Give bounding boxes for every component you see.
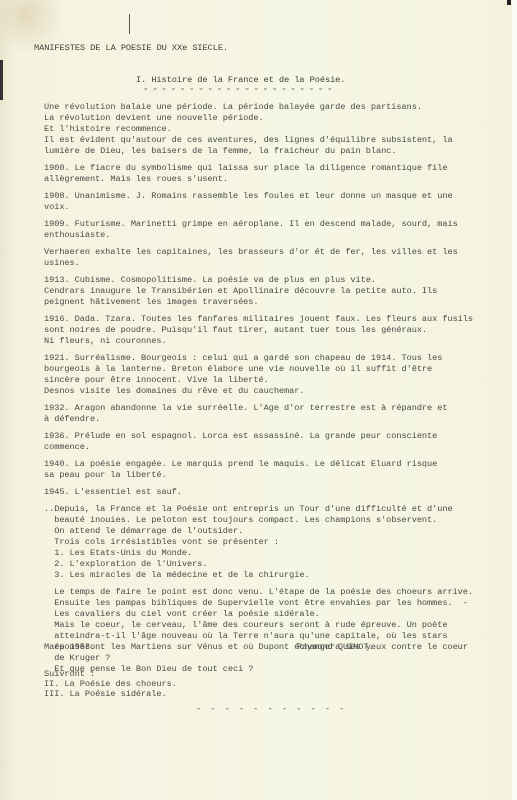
paragraph: 1936. Prélude en sol espagnol. Lorca est… (44, 431, 473, 453)
text-line: Les cavaliers du ciel vont créer la poés… (44, 609, 473, 620)
text-line: commence. (44, 442, 473, 453)
main-title: MANIFESTES DE LA POESIE DU XXe SIECLE. (34, 43, 228, 54)
text-line: 2. L'exploration de l'Univers. (44, 559, 473, 570)
text-line: Verhaeren exhalte les capitaines, les br… (44, 247, 473, 258)
text-line: On attend le démarrage de l'outsider. (44, 526, 473, 537)
text-line: 1. Les Etats-Unis du Monde. (44, 548, 473, 559)
paragraph: 1913. Cubisme. Cosmopolitisme. La poésie… (44, 275, 473, 308)
text-line: Desnos visite les domaines du rêve et du… (44, 386, 473, 397)
author-signature: Raymond QUINOT. (297, 642, 374, 653)
paragraph: 1940. La poésie engagée. Le marquis pren… (44, 459, 473, 481)
text-line: 1940. La poésie engagée. Le marquis pren… (44, 459, 473, 470)
paragraph: 1945. L'essentiel est sauf. (44, 487, 473, 498)
text-line: voix. (44, 202, 473, 213)
paragraph: 1900. Le fiacre du symbolisme qui laissa… (44, 163, 473, 185)
text-line: 1900. Le fiacre du symbolisme qui laissa… (44, 163, 473, 174)
text-line: de Kruger ? (44, 653, 473, 664)
text-line: beauté inouies. Le peloton est toujours … (44, 515, 473, 526)
text-line: 1945. L'essentiel est sauf. (44, 487, 473, 498)
text-line: Trois cols irrésistibles vont se présent… (44, 537, 473, 548)
page-edge (512, 0, 517, 800)
text-line: sincère pour être innocent. Vive la libe… (44, 375, 473, 386)
text-line: 1936. Prélude en sol espagnol. Lorca est… (44, 431, 473, 442)
text-line: allègrement. Mais les roues s'usent. (44, 174, 473, 185)
following-item-3: III. La Poésie sidérale. (44, 689, 167, 700)
text-line: bourgeois à la lanterne. Breton élabore … (44, 364, 473, 375)
text-line: Il est évident qu'autour de ces aventure… (44, 135, 473, 146)
text-line: peignent hâtivement les images traversée… (44, 297, 473, 308)
text-line: Mais le coeur, le cerveau, l'âme des cou… (44, 620, 473, 631)
binding-shadow (0, 60, 3, 100)
paragraph: Verhaeren exhalte les capitaines, les br… (44, 247, 473, 269)
pencil-tick-mark (129, 14, 130, 34)
text-line: lumière de Dieu, les baisers de la femme… (44, 146, 473, 157)
section-title-underline: = = = = = = = = = = = = = = = = = = = = … (144, 84, 333, 95)
text-line: Et l'histoire recommence. (44, 124, 473, 135)
text-line: Une révolution balaie une période. La pé… (44, 102, 473, 113)
text-line: 1916. Dada. Tzara. Toutes les fanfares m… (44, 314, 473, 325)
text-line: Le temps de faire le point est donc venu… (44, 587, 473, 598)
text-line: 1913. Cubisme. Cosmopolitisme. La poésie… (44, 275, 473, 286)
paragraph: Une révolution balaie une période. La pé… (44, 102, 473, 157)
paragraph: 1909. Futurisme. Marinetti grimpe en aér… (44, 219, 473, 241)
text-line: Ni fleurs, ni couronnes. (44, 336, 473, 347)
text-line: sa peau pour la liberté. (44, 470, 473, 481)
text-line: La révolution devient une nouvelle pério… (44, 113, 473, 124)
scan-corner-mark (507, 0, 511, 5)
paragraph: 1921. Surréalisme. Bourgeois : celui qui… (44, 353, 473, 397)
paragraph: 1908. Unanimisme. J. Romains rassemble l… (44, 191, 473, 213)
paragraph: 1916. Dada. Tzara. Toutes les fanfares m… (44, 314, 473, 347)
text-line: ..Depuis, la France et la Poésie ont ent… (44, 504, 473, 515)
scanned-page: MANIFESTES DE LA POESIE DU XXe SIECLE. I… (0, 0, 512, 800)
text-line: Et que pense le Bon Dieu de tout ceci ? (44, 664, 473, 675)
paragraph: Le temps de faire le point est donc venu… (44, 587, 473, 675)
text-line: 1909. Futurisme. Marinetti grimpe en aér… (44, 219, 473, 230)
text-line: enthousiaste. (44, 230, 473, 241)
date: Mars 1953. (44, 642, 95, 653)
text-line: 3. Les miracles de la médecine et de la … (44, 570, 473, 581)
text-line: atteindra-t-il l'âge nouveau où la Terre… (44, 631, 473, 642)
text-line: à défendre. (44, 414, 473, 425)
text-line: 1908. Unanimisme. J. Romains rassemble l… (44, 191, 473, 202)
end-rule: - - - - - - - - - - - (196, 704, 346, 715)
text-line: Ensuite les pampas bibliques de Supervie… (44, 598, 473, 609)
text-line: épouseront les Martiens sur Vénus et où … (44, 642, 473, 653)
text-line: usines. (44, 258, 473, 269)
text-line: Cendrars inaugure le Transibérien et Apo… (44, 286, 473, 297)
text-line: 1932. Aragon abandonne la vie surréelle.… (44, 403, 473, 414)
text-line: sont noires de poudre. Puisqu'il faut ti… (44, 325, 473, 336)
paragraph: ..Depuis, la France et la Poésie ont ent… (44, 504, 473, 581)
text-line: 1921. Surréalisme. Bourgeois : celui qui… (44, 353, 473, 364)
paragraph: 1932. Aragon abandonne la vie surréelle.… (44, 403, 473, 425)
body-text: Une révolution balaie une période. La pé… (44, 102, 473, 675)
